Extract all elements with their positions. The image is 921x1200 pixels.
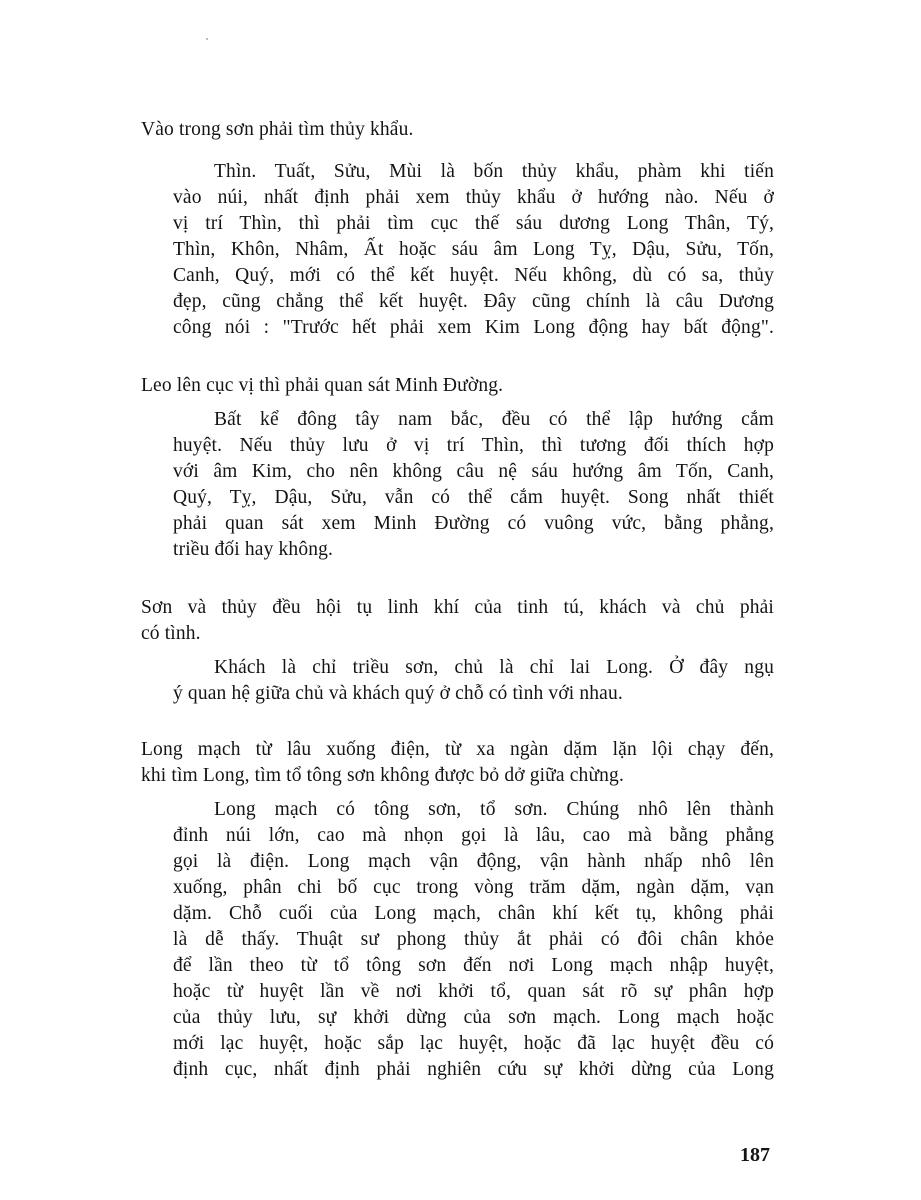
paragraph-line: Bất kể đông tây nam bắc, đều có thể lập … bbox=[214, 407, 774, 433]
section-heading: Leo lên cục vị thì phải quan sát Minh Đư… bbox=[141, 373, 503, 399]
paragraph-line: Khách là chỉ triều sơn, chủ là chỉ lai L… bbox=[214, 655, 774, 681]
paragraph-line: ý quan hệ giữa chủ và khách quý ở chỗ có… bbox=[173, 681, 623, 707]
section-heading: khi tìm Long, tìm tổ tông sơn không được… bbox=[141, 763, 624, 789]
scan-speck bbox=[206, 38, 208, 40]
paragraph-line: đỉnh núi lớn, cao mà nhọn gọi là lâu, ca… bbox=[173, 823, 774, 849]
paragraph-line: vị trí Thìn, thì phải tìm cục thế sáu dư… bbox=[173, 211, 774, 237]
paragraph-line: Long mạch có tông sơn, tổ sơn. Chúng nhô… bbox=[214, 797, 774, 823]
paragraph-line: để lần theo từ tổ tông sơn đến nơi Long … bbox=[173, 953, 774, 979]
paragraph-line: là dễ thấy. Thuật sư phong thủy ắt phải … bbox=[173, 927, 774, 953]
paragraph-line: Canh, Quý, mới có thể kết huyệt. Nếu khô… bbox=[173, 263, 774, 289]
paragraph-line: Quý, Tỵ, Dậu, Sửu, vẫn có thể cắm huyệt.… bbox=[173, 485, 774, 511]
section-heading: Vào trong sơn phải tìm thủy khẩu. bbox=[141, 117, 414, 143]
paragraph-line: đẹp, cũng chẳng thể kết huyệt. Đây cũng … bbox=[173, 289, 774, 315]
paragraph-line: phải quan sát xem Minh Đường có vuông vứ… bbox=[173, 511, 774, 537]
paragraph-line: huyệt. Nếu thủy lưu ở vị trí Thìn, thì t… bbox=[173, 433, 774, 459]
paragraph-line: Thìn. Tuất, Sửu, Mùi là bốn thủy khẩu, p… bbox=[214, 159, 774, 185]
paragraph-line: gọi là điện. Long mạch vận động, vận hàn… bbox=[173, 849, 774, 875]
section-heading: Sơn và thủy đều hội tụ linh khí của tinh… bbox=[141, 595, 774, 621]
paragraph-line: vào núi, nhất định phải xem thủy khẩu ở … bbox=[173, 185, 774, 211]
paragraph-line: công nói : "Trước hết phải xem Kim Long … bbox=[173, 315, 774, 341]
paragraph-line: hoặc từ huyệt lần về nơi khởi tổ, quan s… bbox=[173, 979, 774, 1005]
section-heading: có tình. bbox=[141, 621, 201, 647]
paragraph-line: Thìn, Khôn, Nhâm, Ất hoặc sáu âm Long Tỵ… bbox=[173, 237, 774, 263]
section-heading: Long mạch từ lâu xuống điện, từ xa ngàn … bbox=[141, 737, 774, 763]
paragraph-line: định cục, nhất định phải nghiên cứu sự k… bbox=[173, 1057, 774, 1083]
paragraph-line: với âm Kim, cho nên không câu nệ sáu hướ… bbox=[173, 459, 774, 485]
paragraph-line: dặm. Chỗ cuối của Long mạch, chân khí kế… bbox=[173, 901, 774, 927]
paragraph-line: xuống, phân chi bố cục trong vòng trăm d… bbox=[173, 875, 774, 901]
paragraph-line: mới lạc huyệt, hoặc sắp lạc huyệt, hoặc … bbox=[173, 1031, 774, 1057]
book-page: Vào trong sơn phải tìm thủy khẩu. Thìn. … bbox=[0, 0, 921, 1200]
paragraph-line: của thủy lưu, sự khởi dừng của sơn mạch.… bbox=[173, 1005, 774, 1031]
page-number: 187 bbox=[740, 1143, 770, 1167]
paragraph-line: triều đối hay không. bbox=[173, 537, 333, 563]
